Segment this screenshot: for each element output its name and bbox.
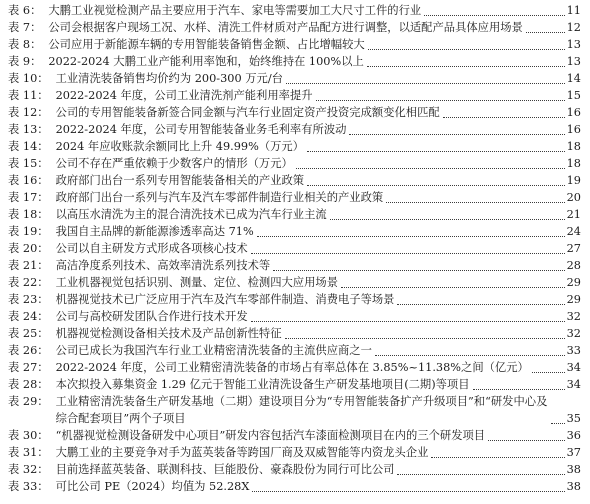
toc-entry-page: 32	[567, 325, 581, 342]
toc-entry[interactable]: 表 22： 工业机器视觉包括识别、测量、定位、检测四大应用场景 29	[8, 274, 581, 291]
toc-entry-page: 12	[567, 19, 581, 36]
toc-dot-leader	[532, 372, 565, 373]
toc-entry-label: 表 12：	[8, 104, 49, 121]
toc-entry-title: 工业机器视觉包括识别、测量、定位、检测四大应用场景	[56, 274, 338, 291]
toc-entry[interactable]: 表 10： 工业清洗装备销售均价约为 200-300 万元/台 14	[8, 70, 581, 87]
toc-dot-leader	[251, 321, 565, 322]
toc-entry-page: 21	[567, 206, 581, 223]
toc-entry-page: 24	[567, 223, 581, 240]
toc-entry-page: 18	[567, 138, 581, 155]
toc-dot-leader	[252, 491, 564, 492]
toc-entry-page: 11	[567, 2, 581, 19]
toc-entry-page: 36	[567, 427, 581, 444]
toc-entry-label: 表 33：	[8, 478, 49, 495]
toc-dot-leader	[285, 338, 565, 339]
toc-entry-label: 表 6：	[8, 2, 41, 19]
toc-entry-page: 33	[567, 342, 581, 359]
toc-dot-leader	[368, 49, 565, 50]
toc-entry-label: 表 27：	[8, 359, 49, 376]
toc-entry[interactable]: 表 14： 2024 年应收账款余额同比上升 49.99%（万元） 18	[8, 138, 581, 155]
toc-entry-label: 表 20：	[8, 240, 49, 257]
toc-entry-title: “机器视觉检测设备研发中心项目”研发内容包括汽车漆面检测项目在内的三个研发项目	[56, 427, 486, 444]
toc-entry-page: 13	[567, 53, 581, 70]
toc-dot-leader	[397, 304, 564, 305]
toc-entry[interactable]: 表 20： 公司以自主研发方式形成各项核心技术 27	[8, 240, 581, 257]
toc-entry-page: 19	[567, 172, 581, 189]
toc-entry[interactable]: 表 32： 目前选择蓝英装备、联测科技、巨能股份、豪森股份为同行可比公司 38	[8, 461, 581, 478]
toc-entry-label: 表 25：	[8, 325, 49, 342]
toc-list: 表 6： 大鹏工业视觉检测产品主要应用于汽车、家电等需要加工大尺寸工件的行业 1…	[8, 2, 581, 495]
toc-entry[interactable]: 表 29： 工业精密清洗装备生产研发基地（二期）建设项目分为“专用智能装备扩产升…	[8, 393, 581, 427]
toc-dot-leader	[251, 253, 565, 254]
toc-dot-leader	[431, 457, 564, 458]
toc-entry-page: 35	[567, 410, 581, 427]
toc-entry-title: 2022-2024 年度，公司工业精密清洗装备的市场占有率总体在 3.85%~1…	[56, 359, 529, 376]
toc-entry-label: 表 26：	[8, 342, 49, 359]
toc-dot-leader	[341, 287, 565, 288]
toc-entry-page: 34	[567, 376, 581, 393]
toc-entry-page: 34	[567, 359, 581, 376]
toc-entry-page: 18	[567, 155, 581, 172]
toc-dot-leader	[307, 151, 565, 152]
toc-entry-title: 工业精密清洗装备生产研发基地（二期）建设项目分为“专用智能装备扩产升级项目”和“…	[56, 393, 548, 427]
toc-entry[interactable]: 表 7： 公司会根据客户现场工况、水样、清洗工件材质对产品配方进行调整，以适配产…	[8, 19, 581, 36]
toc-entry-label: 表 17：	[8, 189, 49, 206]
toc-dot-leader	[349, 134, 564, 135]
toc-entry-title: 2022-2024 年度，公司工业清洗剂产能利用率提升	[56, 87, 313, 104]
toc-entry-label: 表 15：	[8, 155, 49, 172]
toc-entry-label: 表 13：	[8, 121, 49, 138]
toc-entry[interactable]: 表 25： 机器视觉检测设备相关技术及产品创新性特征 32	[8, 325, 581, 342]
toc-entry-title: 公司应用于新能源车辆的专用智能装备销售金额、占比增幅较大	[48, 36, 364, 53]
toc-dot-leader	[424, 15, 564, 16]
toc-entry-title: 以高压水清洗为主的混合清洗技术已成为汽车行业主流	[56, 206, 327, 223]
toc-entry[interactable]: 表 18： 以高压水清洗为主的混合清洗技术已成为汽车行业主流 21	[8, 206, 581, 223]
toc-entry-title: 本次拟投入募集资金 1.29 亿元于智能工业清洗设备生产研发基地项目(二期)等项…	[56, 376, 470, 393]
toc-entry[interactable]: 表 13： 2022-2024 年度，公司专用智能装备业务毛利率有所波动 16	[8, 121, 581, 138]
toc-entry-page: 38	[567, 461, 581, 478]
toc-entry-title: 公司会根据客户现场工况、水样、清洗工件材质对产品配方进行调整，以适配产品具体应用…	[48, 19, 522, 36]
toc-entry-page: 13	[567, 36, 581, 53]
toc-entry-title: 机器视觉技术已广泛应用于汽车及汽车零部件制造、消费电子等场景	[56, 291, 395, 308]
toc-entry-label: 表 7：	[8, 19, 41, 36]
toc-entry[interactable]: 表 21： 高洁净度系列技术、高效率清洗系列技术等 28	[8, 257, 581, 274]
toc-entry-title: 公司以自主研发方式形成各项核心技术	[56, 240, 248, 257]
toc-entry-label: 表 8：	[8, 36, 41, 53]
toc-entry-label: 表 24：	[8, 308, 49, 325]
toc-entry[interactable]: 表 26： 公司已成长为我国汽车行业工业精密清洗装备的主流供应商之一 33	[8, 342, 581, 359]
toc-entry-label: 表 31：	[8, 444, 49, 461]
toc-entry-page: 29	[567, 274, 581, 291]
toc-dot-leader	[526, 32, 565, 33]
toc-entry[interactable]: 表 6： 大鹏工业视觉检测产品主要应用于汽车、家电等需要加工大尺寸工件的行业 1…	[8, 2, 581, 19]
toc-dot-leader	[375, 355, 565, 356]
toc-entry-page: 15	[567, 87, 581, 104]
toc-entry[interactable]: 表 30： “机器视觉检测设备研发中心项目”研发内容包括汽车漆面检测项目在内的三…	[8, 427, 581, 444]
toc-dot-leader	[286, 83, 565, 84]
toc-entry-title: 高洁净度系列技术、高效率清洗系列技术等	[56, 257, 271, 274]
toc-dot-leader	[367, 66, 565, 67]
toc-entry-title: 公司与高校研发团队合作进行技术开发	[56, 308, 248, 325]
toc-entry[interactable]: 表 9： 2022-2024 大鹏工业产能利用率饱和，始终维持在 100%以上 …	[8, 53, 581, 70]
toc-entry-label: 表 21：	[8, 257, 49, 274]
toc-entry[interactable]: 表 15： 公司不存在严重依赖于少数客户的情形（万元） 18	[8, 155, 581, 172]
toc-dot-leader	[551, 423, 565, 424]
toc-entry-page: 37	[567, 444, 581, 461]
toc-entry-page: 38	[567, 478, 581, 495]
toc-entry-title: 政府部门出台一系列专用智能装备相关的产业政策	[56, 172, 305, 189]
toc-entry-title: 2024 年应收账款余额同比上升 49.99%（万元）	[56, 138, 304, 155]
toc-entry-title: 目前选择蓝英装备、联测科技、巨能股份、豪森股份为同行可比公司	[56, 461, 395, 478]
toc-entry-label: 表 10：	[8, 70, 49, 87]
toc-entry-label: 表 29：	[8, 393, 49, 410]
toc-dot-leader	[330, 219, 565, 220]
toc-entry-page: 29	[567, 291, 581, 308]
toc-dot-leader	[257, 236, 565, 237]
toc-entry[interactable]: 表 33： 可比公司 PE（2024）均值为 52.28X 38	[8, 478, 581, 495]
toc-dot-leader	[316, 100, 565, 101]
toc-entry[interactable]: 表 16： 政府部门出台一系列专用智能装备相关的产业政策 19	[8, 172, 581, 189]
toc-dot-leader	[397, 474, 564, 475]
toc-dot-leader	[296, 168, 565, 169]
toc-dot-leader	[443, 117, 565, 118]
toc-entry-page: 27	[567, 240, 581, 257]
toc-entry-page: 28	[567, 257, 581, 274]
toc-entry-label: 表 9：	[8, 53, 41, 70]
toc-entry[interactable]: 表 17： 政府部门出台一系列与汽车及汽车零部件制造行业相关的产业政策 20	[8, 189, 581, 206]
toc-entry-label: 表 16：	[8, 172, 49, 189]
toc-entry[interactable]: 表 23： 机器视觉技术已广泛应用于汽车及汽车零部件制造、消费电子等场景 29	[8, 291, 581, 308]
toc-entry-label: 表 11：	[8, 87, 49, 104]
toc-entry[interactable]: 表 28： 本次拟投入募集资金 1.29 亿元于智能工业清洗设备生产研发基地项目…	[8, 376, 581, 393]
toc-entry-label: 表 23：	[8, 291, 49, 308]
toc-entry-label: 表 22：	[8, 274, 49, 291]
toc-entry-page: 32	[567, 308, 581, 325]
toc-dot-leader	[488, 440, 565, 441]
toc-entry-page: 20	[567, 189, 581, 206]
toc-entry-page: 16	[567, 104, 581, 121]
toc-entry[interactable]: 表 31： 大鹏工业的主要竞争对手为蓝英装备等跨国厂商及双威智能等内资龙头企业 …	[8, 444, 581, 461]
toc-dot-leader	[273, 270, 564, 271]
toc-entry-label: 表 19：	[8, 223, 49, 240]
toc-dot-leader	[307, 185, 565, 186]
toc-entry-label: 表 28：	[8, 376, 49, 393]
toc-entry-title: 大鹏工业的主要竞争对手为蓝英装备等跨国厂商及双威智能等内资龙头企业	[56, 444, 429, 461]
toc-entry[interactable]: 表 24： 公司与高校研发团队合作进行技术开发 32	[8, 308, 581, 325]
toc-entry-label: 表 30：	[8, 427, 49, 444]
toc-entry-page: 14	[567, 70, 581, 87]
document-page: 表 6： 大鹏工业视觉检测产品主要应用于汽车、家电等需要加工大尺寸工件的行业 1…	[0, 0, 590, 504]
toc-entry-title: 公司的专用智能装备新签合同金额与汽车行业固定资产投资完成额变化相匹配	[56, 104, 440, 121]
toc-entry[interactable]: 表 11： 2022-2024 年度，公司工业清洗剂产能利用率提升 15	[8, 87, 581, 104]
toc-entry-title: 机器视觉检测设备相关技术及产品创新性特征	[56, 325, 282, 342]
toc-entry-title: 政府部门出台一系列与汽车及汽车零部件制造行业相关的产业政策	[56, 189, 384, 206]
toc-dot-leader	[473, 389, 565, 390]
toc-entry-title: 大鹏工业视觉检测产品主要应用于汽车、家电等需要加工大尺寸工件的行业	[48, 2, 421, 19]
toc-entry-label: 表 32：	[8, 461, 49, 478]
toc-entry-title: 我国自主品牌的新能源渗透率高达 71%	[56, 223, 254, 240]
toc-entry-title: 公司不存在严重依赖于少数客户的情形（万元）	[56, 155, 293, 172]
toc-entry-title: 可比公司 PE（2024）均值为 52.28X	[56, 478, 250, 495]
toc-entry-title: 2022-2024 大鹏工业产能利用率饱和，始终维持在 100%以上	[48, 53, 363, 70]
toc-entry-label: 表 14：	[8, 138, 49, 155]
toc-entry[interactable]: 表 27： 2022-2024 年度，公司工业精密清洗装备的市场占有率总体在 3…	[8, 359, 581, 376]
toc-entry[interactable]: 表 19： 我国自主品牌的新能源渗透率高达 71% 24	[8, 223, 581, 240]
toc-entry[interactable]: 表 12： 公司的专用智能装备新签合同金额与汽车行业固定资产投资完成额变化相匹配…	[8, 104, 581, 121]
toc-entry-title: 工业清洗装备销售均价约为 200-300 万元/台	[56, 70, 283, 87]
toc-entry[interactable]: 表 8： 公司应用于新能源车辆的专用智能装备销售金额、占比增幅较大 13	[8, 36, 581, 53]
toc-entry-title: 公司已成长为我国汽车行业工业精密清洗装备的主流供应商之一	[56, 342, 372, 359]
toc-dot-leader	[386, 202, 564, 203]
toc-entry-page: 16	[567, 121, 581, 138]
toc-entry-label: 表 18：	[8, 206, 49, 223]
toc-entry-title: 2022-2024 年度，公司专用智能装备业务毛利率有所波动	[56, 121, 347, 138]
